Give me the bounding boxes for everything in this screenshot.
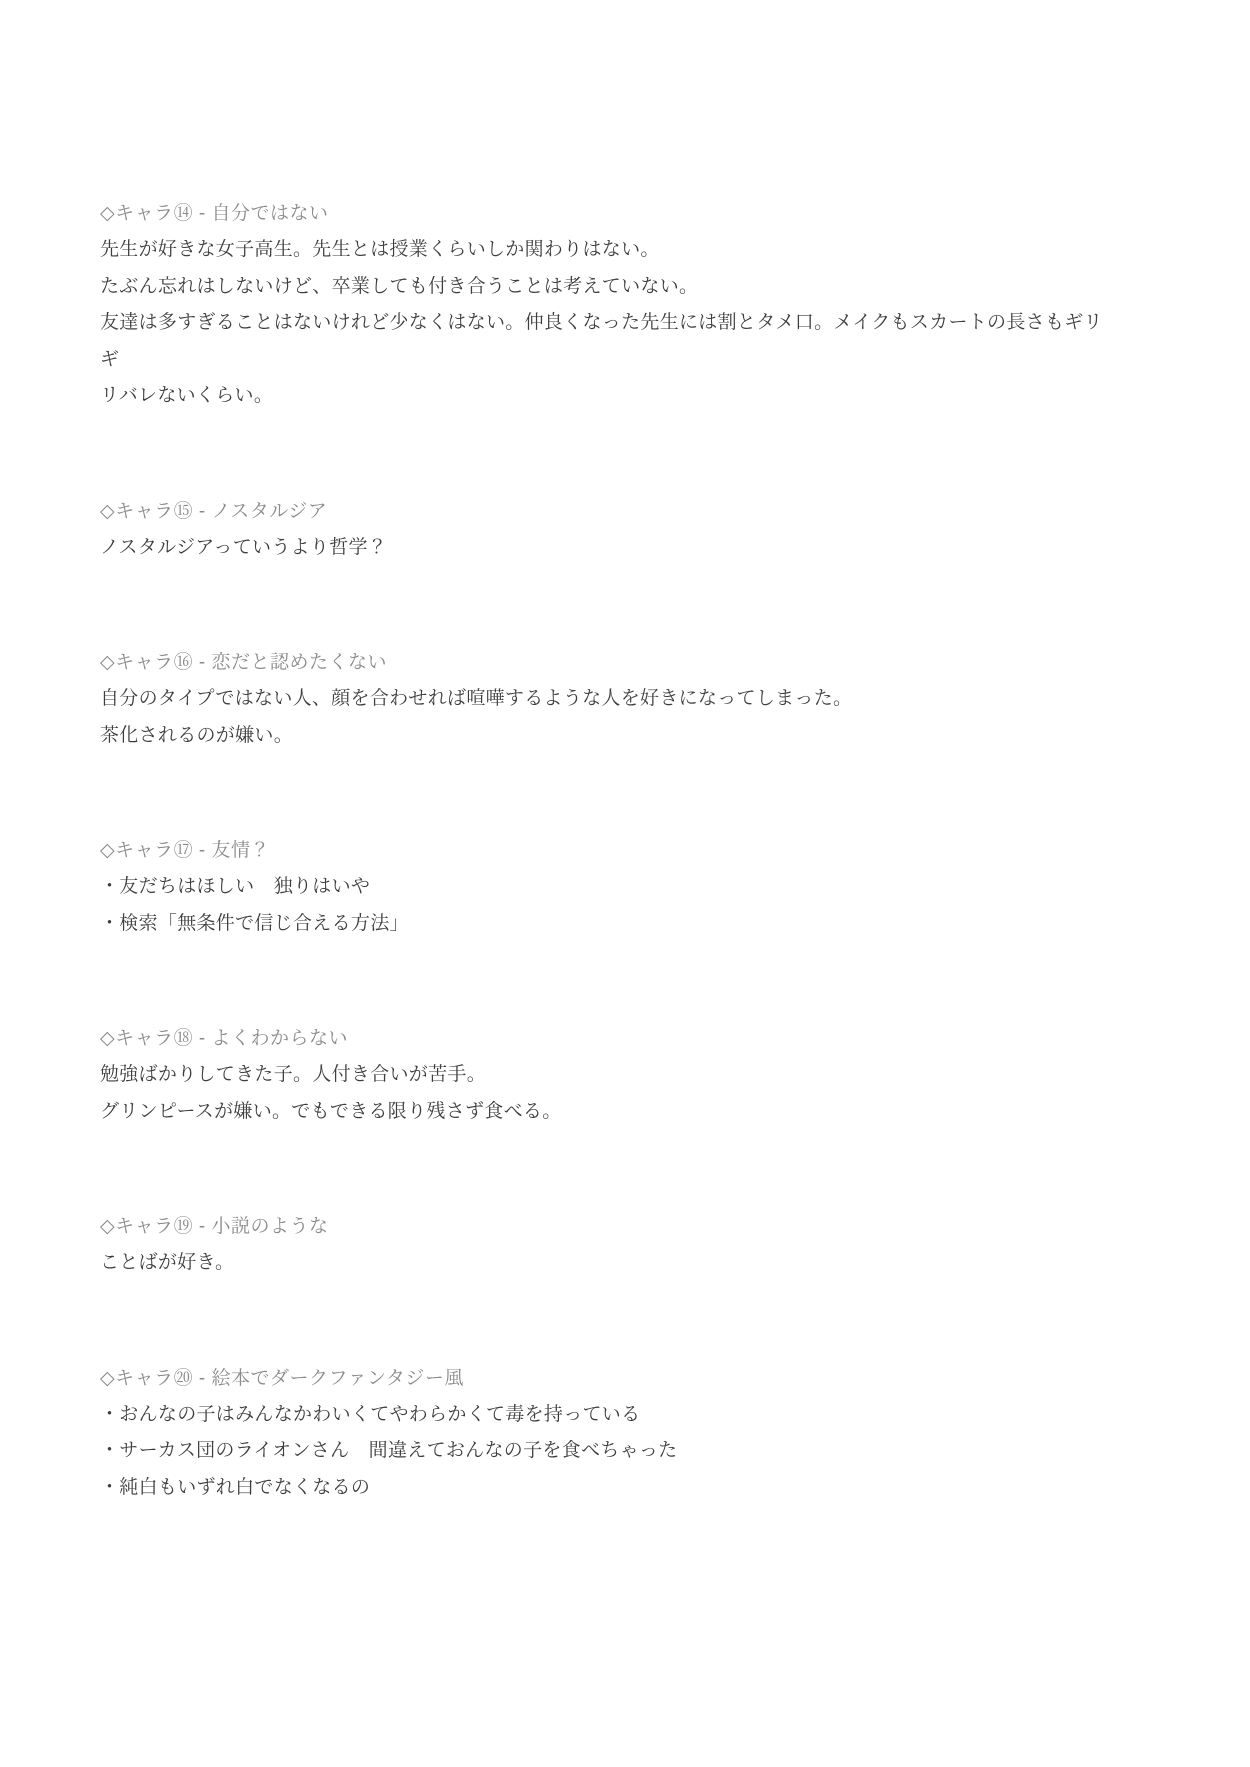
section-body: 自分のタイプではない人、顔を合わせれば喧嘩するような人を好きになってしまった。茶… (100, 681, 1120, 754)
section-heading: ◇キャラ⑯ - 恋だと認めたくない (100, 645, 1120, 681)
body-line: ・サーカス団のライオンさん 間違えておんなの子を食べちゃった (100, 1433, 1120, 1470)
character-section-14: ◇キャラ⑭ - 自分ではない 先生が好きな女子高生。先生とは授業くらいしか関わり… (100, 196, 1120, 415)
section-heading: ◇キャラ⑳ - 絵本でダークファンタジー風 (100, 1361, 1120, 1397)
character-section-17: ◇キャラ⑰ - 友情？ ・友だちはほしい 独りはいや・検索「無条件で信じ合える方… (100, 833, 1120, 942)
section-heading: ◇キャラ⑲ - 小説のような (100, 1209, 1120, 1245)
section-body: 先生が好きな女子高生。先生とは授業くらいしか関わりはない。たぶん忘れはしないけど… (100, 232, 1120, 415)
body-line: ・友だちはほしい 独りはいや (100, 869, 1120, 906)
section-body: ・友だちはほしい 独りはいや・検索「無条件で信じ合える方法」 (100, 869, 1120, 942)
body-line: ノスタルジアっていうより哲学？ (100, 530, 1120, 567)
document-page: ◇キャラ⑭ - 自分ではない 先生が好きな女子高生。先生とは授業くらいしか関わり… (0, 0, 1250, 1767)
body-line: ・おんなの子はみんなかわいくてやわらかくて毒を持っている (100, 1397, 1120, 1434)
body-line: ・検索「無条件で信じ合える方法」 (100, 906, 1120, 943)
section-body: ・おんなの子はみんなかわいくてやわらかくて毒を持っている・サーカス団のライオンさ… (100, 1397, 1120, 1507)
section-body: ことばが好き。 (100, 1245, 1120, 1282)
character-section-15: ◇キャラ⑮ - ノスタルジア ノスタルジアっていうより哲学？ (100, 494, 1120, 567)
character-section-18: ◇キャラ⑱ - よくわからない 勉強ばかりしてきた子。人付き合いが苦手。グリンピ… (100, 1021, 1120, 1130)
character-section-16: ◇キャラ⑯ - 恋だと認めたくない 自分のタイプではない人、顔を合わせれば喧嘩す… (100, 645, 1120, 754)
body-line: 自分のタイプではない人、顔を合わせれば喧嘩するような人を好きになってしまった。 (100, 681, 1120, 718)
body-line: たぶん忘れはしないけど、卒業しても付き合うことは考えていない。 (100, 269, 1120, 306)
body-line: 友達は多すぎることはないけれど少なくはない。仲良くなった先生には割とタメ口。メイ… (100, 305, 1120, 378)
body-line: ・純白もいずれ白でなくなるの (100, 1470, 1120, 1507)
section-body: 勉強ばかりしてきた子。人付き合いが苦手。グリンピースが嫌い。でもできる限り残さず… (100, 1057, 1120, 1130)
body-line: 先生が好きな女子高生。先生とは授業くらいしか関わりはない。 (100, 232, 1120, 269)
character-section-20: ◇キャラ⑳ - 絵本でダークファンタジー風 ・おんなの子はみんなかわいくてやわら… (100, 1361, 1120, 1507)
body-line: 勉強ばかりしてきた子。人付き合いが苦手。 (100, 1057, 1120, 1094)
section-heading: ◇キャラ⑱ - よくわからない (100, 1021, 1120, 1057)
section-heading: ◇キャラ⑰ - 友情？ (100, 833, 1120, 869)
body-line: ことばが好き。 (100, 1245, 1120, 1282)
body-line: グリンピースが嫌い。でもできる限り残さず食べる。 (100, 1094, 1120, 1131)
body-line: 茶化されるのが嫌い。 (100, 718, 1120, 755)
body-line: リバレないくらい。 (100, 378, 1120, 415)
section-heading: ◇キャラ⑮ - ノスタルジア (100, 494, 1120, 530)
section-body: ノスタルジアっていうより哲学？ (100, 530, 1120, 567)
section-heading: ◇キャラ⑭ - 自分ではない (100, 196, 1120, 232)
character-section-19: ◇キャラ⑲ - 小説のような ことばが好き。 (100, 1209, 1120, 1282)
